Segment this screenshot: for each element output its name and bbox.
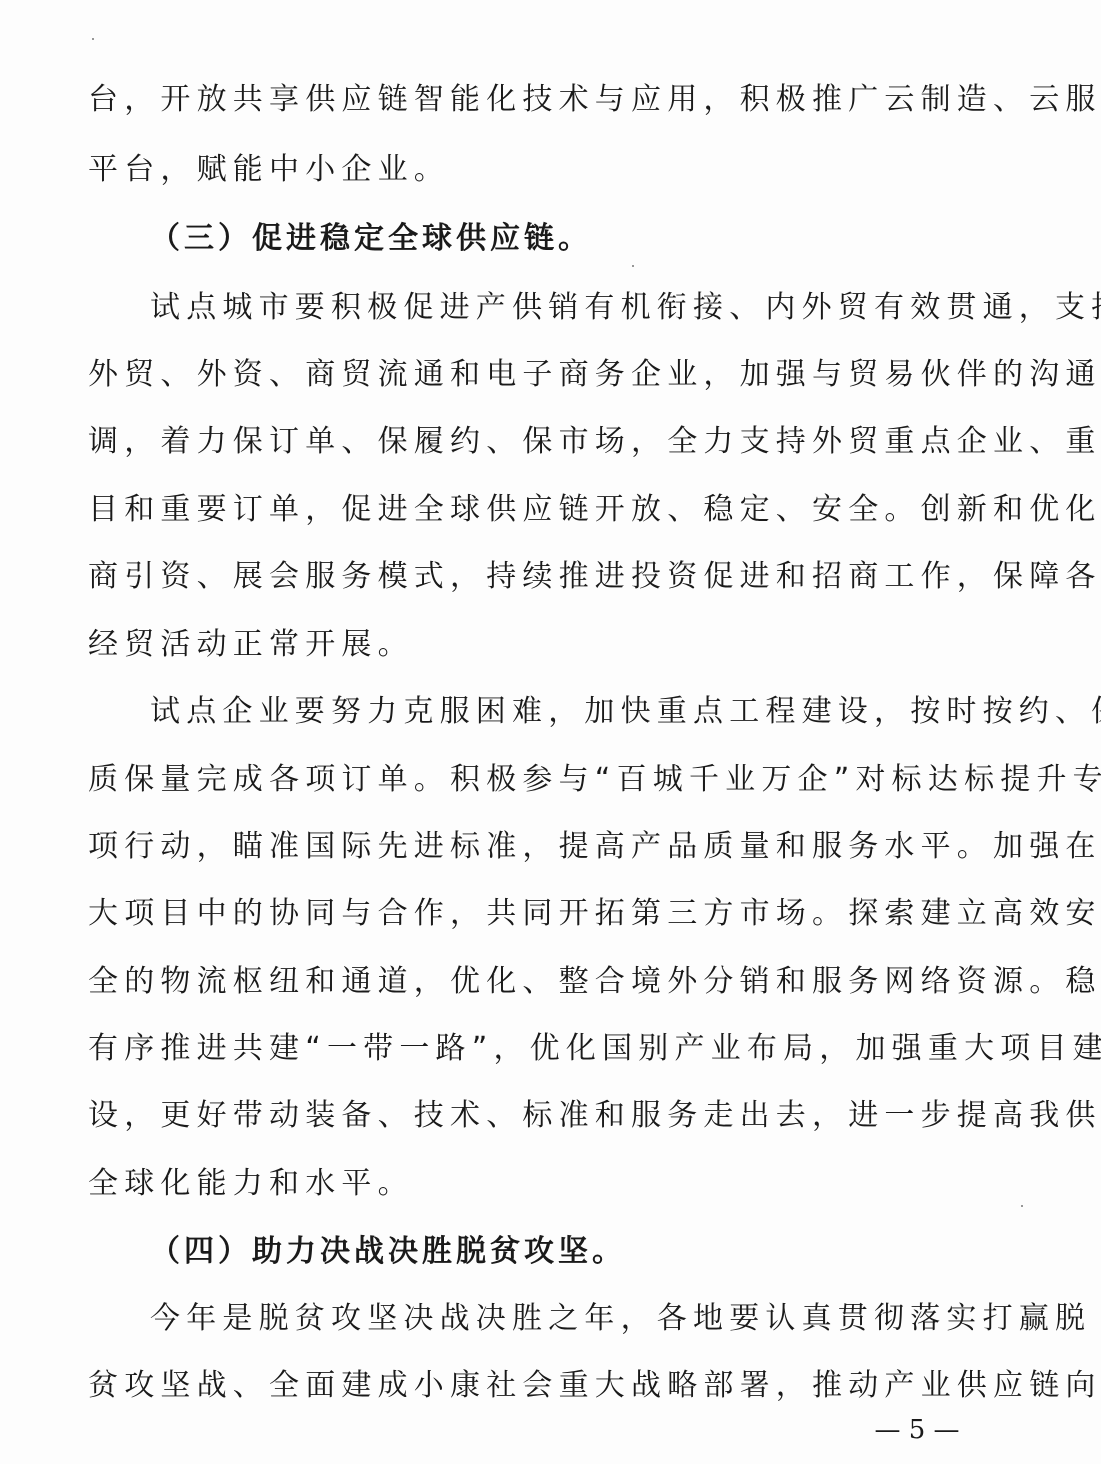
section-heading: （三）促进稳定全球供应链。 — [150, 219, 1050, 259]
scan-speck — [1021, 1205, 1023, 1207]
paragraph-line: 平台，赋能中小企业。 — [88, 150, 988, 190]
paragraph-line: 调，着力保订单、保履约、保市场，全力支持外贸重点企业、重点项 — [88, 422, 988, 462]
section-heading: （四）助力决战决胜脱贫攻坚。 — [150, 1232, 1050, 1272]
page-number: — 5 — — [862, 1410, 972, 1450]
paragraph-line: 商引资、展会服务模式，持续推进投资促进和招商工作，保障各类 — [88, 557, 988, 597]
scan-speck — [92, 38, 94, 40]
paragraph-line: 大项目中的协同与合作，共同开拓第三方市场。探索建立高效安 — [88, 894, 988, 934]
paragraph-line: 项行动，瞄准国际先进标准，提高产品质量和服务水平。加强在重 — [88, 827, 988, 867]
paragraph-line: 今年是脱贫攻坚决战决胜之年，各地要认真贯彻落实打赢脱 — [150, 1299, 1050, 1339]
paragraph-line: 外贸、外资、商贸流通和电子商务企业，加强与贸易伙伴的沟通协 — [88, 355, 988, 395]
paragraph-line: 贫攻坚战、全面建成小康社会重大战略部署，推动产业供应链向贫 — [88, 1366, 988, 1406]
paragraph-line: 台，开放共享供应链智能化技术与应用，积极推广云制造、云服务 — [88, 80, 988, 120]
scan-speck — [632, 265, 634, 267]
paragraph-line: 试点企业要努力克服困难，加快重点工程建设，按时按约、保 — [150, 692, 1050, 732]
paragraph-line: 设，更好带动装备、技术、标准和服务走出去，进一步提高我供应链 — [88, 1096, 988, 1136]
paragraph-line: 质保量完成各项订单。积极参与“百城千业万企”对标达标提升专 — [88, 760, 988, 800]
paragraph-line: 全的物流枢纽和通道，优化、整合境外分销和服务网络资源。稳妥 — [88, 962, 988, 1002]
paragraph-line: 目和重要订单，促进全球供应链开放、稳定、安全。创新和优化招 — [88, 490, 988, 530]
paragraph-line: 试点城市要积极促进产供销有机衔接、内外贸有效贯通，支持 — [150, 288, 1050, 328]
document-page: 台，开放共享供应链智能化技术与应用，积极推广云制造、云服务 平台，赋能中小企业。… — [0, 0, 1101, 1464]
paragraph-line: 经贸活动正常开展。 — [88, 625, 988, 665]
paragraph-line: 有序推进共建“一带一路”，优化国别产业布局，加强重大项目建 — [88, 1029, 988, 1069]
paragraph-line: 全球化能力和水平。 — [88, 1164, 988, 1204]
